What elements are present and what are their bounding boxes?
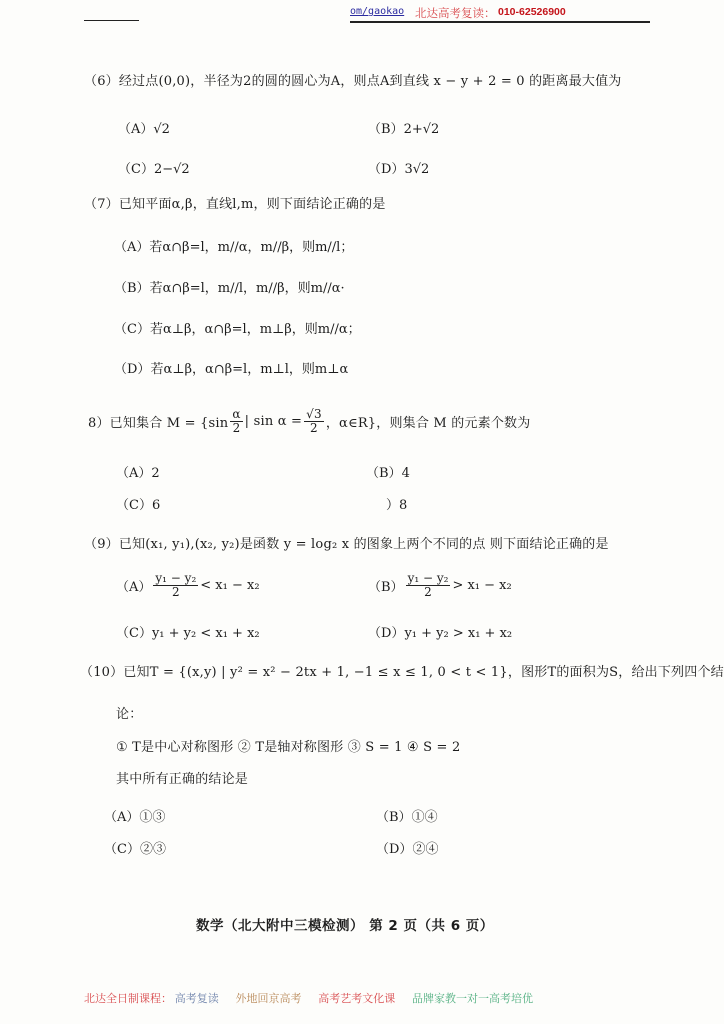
q7-option-a[interactable]: （A）若α∩β=l，m//α，m//β，则m//l；: [114, 236, 353, 255]
footer-links: 北达全日制课程： 高考复读 外地回京高考 高考艺考文化课 品牌家教一对一高考培优: [84, 990, 547, 1006]
q9-option-a[interactable]: （A） y₁ − y₂2 < x₁ − x₂: [116, 572, 260, 598]
question-stem: 经过点(0,0)，半径为2的圆的圆心为A，则点A到直线 x − y + 2 = …: [119, 74, 622, 89]
question-7: （7）已知平面α,β，直线l,m，则下面结论正确的是: [84, 193, 386, 212]
header-label: 北达高考复读：: [415, 5, 496, 21]
question-10-statements: ① T是中心对称图形 ② T是轴对称图形 ③ S = 1 ④ S = 2: [116, 736, 460, 755]
question-number: （7）: [84, 197, 119, 212]
header-phone: 010-62526900: [498, 6, 566, 18]
footer-link-jiajiao[interactable]: 品牌家教一对一高考培优: [412, 993, 533, 1005]
question-number: （10）: [80, 665, 123, 680]
q7-option-c[interactable]: （C）若α⊥β，α∩β=l，m⊥β，则m//α；: [114, 318, 361, 337]
question-number: （6）: [84, 74, 119, 89]
q9-option-b[interactable]: （B） y₁ − y₂2 > x₁ − x₂: [368, 572, 512, 598]
q8-option-a[interactable]: （A）2: [116, 462, 160, 481]
question-number: （9）: [84, 537, 119, 552]
footer-link-waidi[interactable]: 外地回京高考: [236, 993, 302, 1005]
footer-link-intro: 北达全日制课程：: [84, 993, 172, 1005]
q9-option-c[interactable]: （C）y₁ + y₂ < x₁ + x₂: [116, 622, 260, 641]
q7-option-d[interactable]: （D）若α⊥β，α∩β=l，m⊥l，则m⊥α: [114, 358, 348, 377]
q6-option-b[interactable]: （B）2+√2: [368, 118, 439, 137]
q10-option-a[interactable]: （A）①③: [104, 806, 165, 825]
question-stem: 已知(x₁, y₁),(x₂, y₂)是函数 y = log₂ x 的图象上两个…: [119, 537, 609, 552]
header-rule-right: [350, 21, 650, 23]
q6-option-d[interactable]: （D）3√2: [368, 158, 429, 177]
q8-option-d[interactable]: ）8: [386, 494, 407, 513]
q10-option-b[interactable]: （B）①④: [376, 806, 438, 825]
q8-option-c[interactable]: （C）6: [116, 494, 160, 513]
question-stem: 已知平面α,β，直线l,m，则下面结论正确的是: [119, 197, 386, 212]
question-8: 8） 已知集合 M = {sin α2 | sin α = √32 ，α∈R}，…: [88, 408, 530, 434]
question-10-continuation: 论：: [116, 703, 142, 722]
question-stem: 已知T = {(x,y) | y² = x² − 2tx + 1, −1 ≤ x…: [123, 665, 724, 680]
q6-option-c[interactable]: （C）2−√2: [118, 158, 190, 177]
footer-link-fudu[interactable]: 高考复读: [175, 993, 219, 1005]
page-footer-title: 数学（北大附中三模检测） 第 2 页（共 6 页）: [196, 914, 494, 934]
q9-option-d[interactable]: （D）y₁ + y₂ > x₁ + x₂: [368, 622, 512, 641]
footer-link-yikao[interactable]: 高考艺考文化课: [318, 993, 395, 1005]
q10-option-c[interactable]: （C）②③: [104, 838, 166, 857]
question-9: （9）已知(x₁, y₁),(x₂, y₂)是函数 y = log₂ x 的图象…: [84, 533, 609, 552]
header-rule-left: [84, 20, 139, 21]
question-number: 8）: [88, 412, 110, 431]
q8-option-b[interactable]: （B）4: [366, 462, 410, 481]
question-10-prompt: 其中所有正确的结论是: [116, 768, 248, 787]
fraction: √32: [304, 408, 324, 434]
question-6: （6）经过点(0,0)，半径为2的圆的圆心为A，则点A到直线 x − y + 2…: [84, 70, 622, 89]
header-link[interactable]: om/gaokao: [350, 6, 404, 17]
fraction: α2: [230, 408, 242, 434]
question-10: （10）已知T = {(x,y) | y² = x² − 2tx + 1, −1…: [80, 661, 724, 680]
q6-option-a[interactable]: （A）√2: [118, 118, 170, 137]
q10-option-d[interactable]: （D）②④: [376, 838, 438, 857]
q7-option-b[interactable]: （B）若α∩β=l，m//l，m//β，则m//α·: [114, 277, 345, 296]
